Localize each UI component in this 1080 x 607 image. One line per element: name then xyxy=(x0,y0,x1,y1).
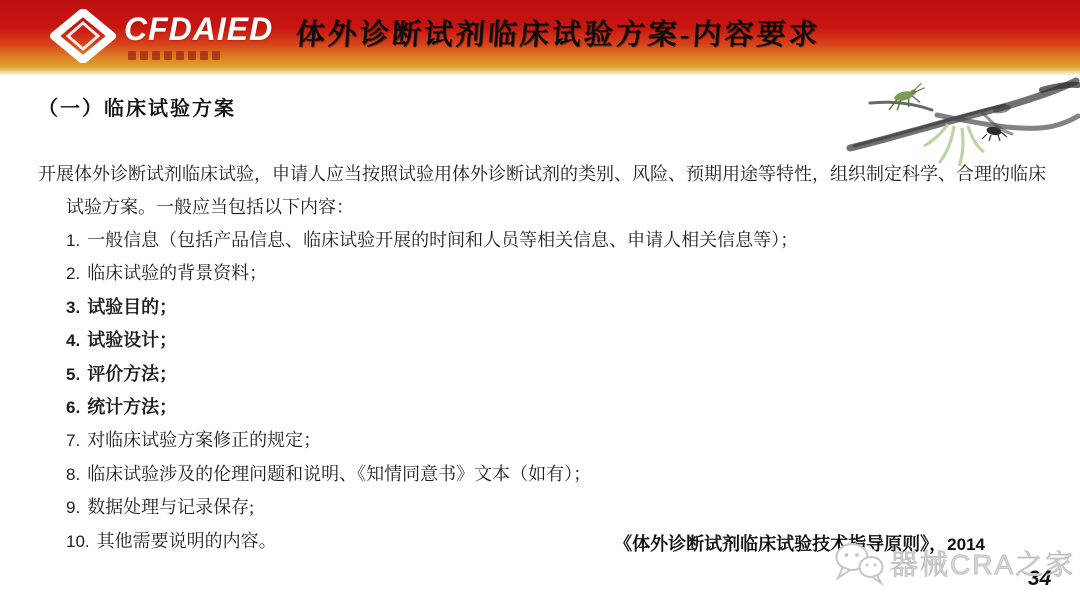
numbered-list: 1. 一般信息（包括产品信息、临床试验开展的时间和人员等相关信息、申请人相关信息… xyxy=(38,224,1054,558)
list-item-number: 5. xyxy=(66,359,80,391)
list-item-text: 临床试验的背景资料； xyxy=(87,257,267,289)
list-item: 2. 临床试验的背景资料； xyxy=(66,257,1054,290)
list-item-text: 统计方法； xyxy=(87,391,177,423)
list-item-text: 试验设计； xyxy=(87,324,177,356)
list-item-text: 试验目的； xyxy=(87,291,177,323)
list-item: 1. 一般信息（包括产品信息、临床试验开展的时间和人员等相关信息、申请人相关信息… xyxy=(66,224,1054,257)
watermark: 器械CRA之家 xyxy=(832,540,1075,586)
logo-text: CFDAIED xyxy=(124,13,273,45)
list-item: 7. 对临床试验方案修正的规定； xyxy=(66,424,1054,457)
list-item-number: 9. xyxy=(66,492,80,524)
list-item: 8. 临床试验涉及的伦理问题和说明、《知情同意书》文本（如有）； xyxy=(66,458,1054,491)
slide-title: 体外诊断试剂临床试验方案-内容要求 xyxy=(295,12,823,53)
slide: CFDAIED 体外诊断试剂临床试验方案-内容要求 xyxy=(0,0,1080,607)
list-item: 5. 评价方法； xyxy=(66,358,1054,391)
watermark-text: 器械CRA之家 xyxy=(890,543,1075,583)
list-item-number: 4. xyxy=(66,325,80,357)
list-item-number: 7. xyxy=(66,425,80,457)
section-heading: （一）临床试验方案 xyxy=(38,96,1054,122)
header-banner: CFDAIED 体外诊断试剂临床试验方案-内容要求 xyxy=(0,0,1080,76)
diamond-logo-icon xyxy=(50,9,116,63)
list-item-number: 8. xyxy=(66,459,80,491)
list-item-text: 对临床试验方案修正的规定； xyxy=(87,424,321,456)
list-item-text: 其他需要说明的内容。 xyxy=(97,525,277,557)
list-item-number: 3. xyxy=(66,292,80,324)
wechat-icon xyxy=(832,540,886,586)
list-item-text: 一般信息（包括产品信息、临床试验开展的时间和人员等相关信息、申请人相关信息等）； xyxy=(87,224,798,256)
logo: CFDAIED xyxy=(50,7,273,63)
list-item: 6. 统计方法； xyxy=(66,391,1054,424)
intro-paragraph: 开展体外诊断试剂临床试验，申请人应当按照试验用体外诊断试剂的类别、风险、预期用途… xyxy=(38,158,1054,224)
list-item-number: 10. xyxy=(66,526,90,558)
list-item-number: 6. xyxy=(66,392,80,424)
list-item-text: 数据处理与记录保存; xyxy=(87,491,254,523)
logo-tagline xyxy=(128,51,220,60)
list-item-number: 2. xyxy=(66,258,80,290)
content-area: （一）临床试验方案 开展体外诊断试剂临床试验，申请人应当按照试验用体外诊断试剂的… xyxy=(38,96,1054,558)
list-item: 9. 数据处理与记录保存; xyxy=(66,491,1054,524)
list-item-number: 1. xyxy=(66,225,80,257)
list-item: 4. 试验设计； xyxy=(66,324,1054,357)
list-item: 3. 试验目的； xyxy=(66,291,1054,324)
list-item-text: 评价方法； xyxy=(87,358,177,390)
list-item-text: 临床试验涉及的伦理问题和说明、《知情同意书》文本（如有）； xyxy=(87,458,591,490)
